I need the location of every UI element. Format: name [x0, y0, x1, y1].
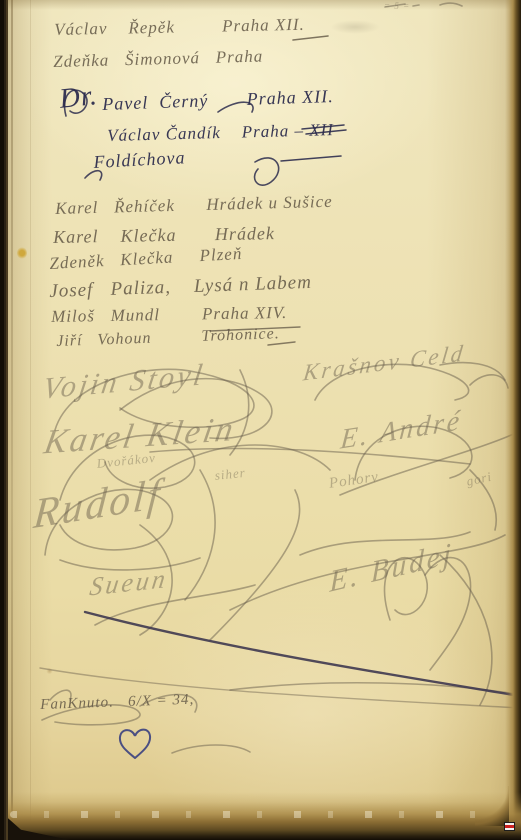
entry-date-note: FanKnuto. 6/X = 34, [40, 692, 195, 714]
entry-dr-initial: Dr. [58, 80, 99, 116]
entry-jiri-vohoun: Jiří Vohoun Trohonice. [56, 325, 280, 351]
entry-josef-paliza: Josef Paliza, Lysá n Labem [49, 272, 312, 303]
scan-marker-icon [504, 822, 515, 831]
entry-foldichova: Foldíchova [93, 147, 186, 173]
signature-vojin: Vojin Stoyl [41, 358, 208, 407]
corner-marks: = 5 = [384, 1, 410, 11]
signature-e-budej: E. Budej [329, 536, 454, 600]
signature-e-andre: E. André [339, 405, 463, 457]
scrawl-word-3: Pohorv [328, 469, 380, 493]
scrawl-word-2: siher [214, 465, 247, 484]
handwriting-layer: Václav Řepěk Praha XII. Zdeňka Šimonová … [0, 0, 521, 840]
entry-zdenek-klecka: Zdeněk Klečka Plzeň [49, 244, 243, 274]
scrawl-word-4: gori [465, 469, 493, 490]
entry-milos-mundl: Miloš Mundl Praha XIV. [51, 303, 287, 327]
bottom-edge-flecks [10, 811, 505, 818]
bottom-right-corner-curl [475, 786, 509, 826]
entry-vaclav-repik: Václav Řepěk Praha XII. [54, 15, 305, 40]
entry-vaclav-candik: Václav Čandík Praha – XII [107, 120, 334, 146]
entry-zdenka-simonova: Zdeňka Šimonová Praha [53, 47, 264, 72]
signature-rudolf: Rudolf [32, 470, 165, 540]
signature-sueun: Sueun [88, 564, 170, 603]
entry-pavel-cerny: Pavel Černý Praha XII. [102, 86, 334, 115]
guestbook-page-scan: Václav Řepěk Praha XII. Zdeňka Šimonová … [0, 0, 521, 840]
page-stack-right-edge [505, 0, 521, 840]
signature-krasnov: Krašnov Celd [302, 340, 467, 386]
binding-left-edge [0, 0, 8, 840]
entry-karel-rehicek: Karel Řehíček Hrádek u Sušice [55, 192, 333, 219]
